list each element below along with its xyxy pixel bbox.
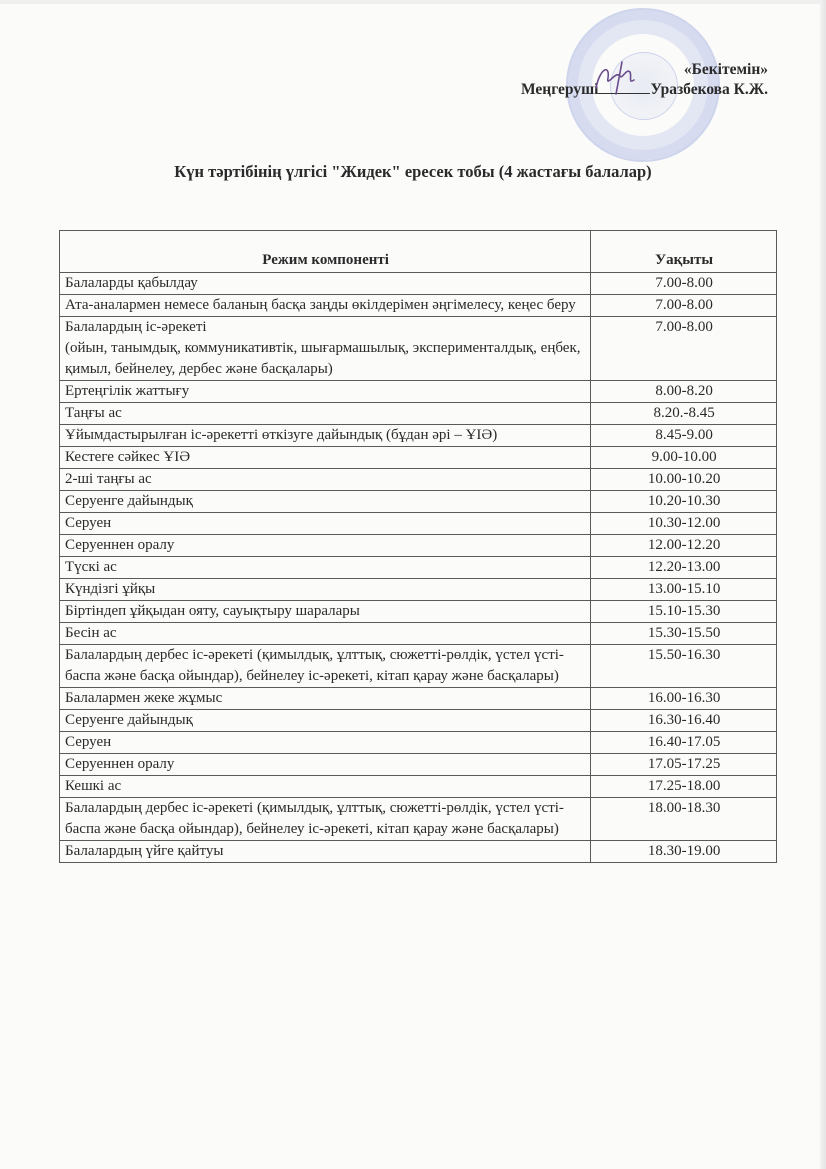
table-row: Таңғы ас8.20.-8.45 [60, 403, 777, 425]
table-row: Балалардың іс-әрекеті(ойын, танымдық, ко… [60, 317, 777, 381]
time-cell: 8.45-9.00 [591, 425, 777, 447]
activity-cell: Таңғы ас [60, 403, 591, 425]
table-row: Балалармен жеке жұмыс16.00-16.30 [60, 688, 777, 710]
activity-cell: 2-ші таңғы ас [60, 469, 591, 491]
activity-cell: Серуенге дайындық [60, 710, 591, 732]
table-header-row: Режим компоненті Уақыты [60, 231, 777, 273]
table-row: Балаларды қабылдау7.00-8.00 [60, 273, 777, 295]
schedule-body: Балаларды қабылдау7.00-8.00Ата-аналармен… [60, 273, 777, 863]
table-row: Серуеннен оралу17.05-17.25 [60, 754, 777, 776]
approver-position: Меңгеруші [521, 81, 599, 98]
table-row: Бесін ас15.30-15.50 [60, 623, 777, 645]
table-row: Күндізгі ұйқы13.00-15.10 [60, 579, 777, 601]
approver-name: Уразбекова К.Ж. [650, 81, 768, 98]
activity-cell: Ұйымдастырылған іс-әрекетті өткізуге дай… [60, 425, 591, 447]
table-row: Серуенге дайындық16.30-16.40 [60, 710, 777, 732]
activity-cell: Серуеннен оралу [60, 535, 591, 557]
table-row: Кешкі ас17.25-18.00 [60, 776, 777, 798]
activity-cell: Ертеңгілік жаттығу [60, 381, 591, 403]
table-row: Балалардың дербес іс-әрекеті (қимылдық, … [60, 645, 777, 688]
time-cell: 13.00-15.10 [591, 579, 777, 601]
time-cell: 16.00-16.30 [591, 688, 777, 710]
activity-cell: Түскі ас [60, 557, 591, 579]
activity-cell: Серуен [60, 513, 591, 535]
table-row: 2-ші таңғы ас10.00-10.20 [60, 469, 777, 491]
schedule-table: Режим компоненті Уақыты Балаларды қабылд… [59, 230, 777, 863]
activity-cell: Кестеге сәйкес ҰІӘ [60, 447, 591, 469]
approver-line: МеңгерушіУразбекова К.Ж. [521, 79, 768, 99]
time-cell: 7.00-8.00 [591, 317, 777, 381]
activity-cell: Балалардың үйге қайтуы [60, 841, 591, 863]
time-cell: 15.30-15.50 [591, 623, 777, 645]
activity-cell: Серуеннен оралу [60, 754, 591, 776]
activity-cell: Балалармен жеке жұмыс [60, 688, 591, 710]
table-row: Ата-аналармен немесе баланың басқа заңды… [60, 295, 777, 317]
scan-border-top [0, 0, 826, 4]
table-row: Серуеннен оралу12.00-12.20 [60, 535, 777, 557]
activity-cell: Серуен [60, 732, 591, 754]
time-cell: 17.25-18.00 [591, 776, 777, 798]
time-cell: 16.40-17.05 [591, 732, 777, 754]
table-row: Ертеңгілік жаттығу8.00-8.20 [60, 381, 777, 403]
table-row: Кестеге сәйкес ҰІӘ9.00-10.00 [60, 447, 777, 469]
activity-cell: Кешкі ас [60, 776, 591, 798]
time-cell: 12.00-12.20 [591, 535, 777, 557]
time-cell: 9.00-10.00 [591, 447, 777, 469]
time-cell: 10.30-12.00 [591, 513, 777, 535]
activity-cell: Ата-аналармен немесе баланың басқа заңды… [60, 295, 591, 317]
time-cell: 15.50-16.30 [591, 645, 777, 688]
activity-cell: Балалардың дербес іс-әрекеті (қимылдық, … [60, 645, 591, 688]
time-cell: 12.20-13.00 [591, 557, 777, 579]
time-cell: 10.20-10.30 [591, 491, 777, 513]
time-cell: 8.00-8.20 [591, 381, 777, 403]
activity-cell: Біртіндеп ұйқыдан ояту, сауықтыру шарала… [60, 601, 591, 623]
time-cell: 16.30-16.40 [591, 710, 777, 732]
table-row: Балалардың дербес іс-әрекеті (қимылдық, … [60, 798, 777, 841]
approval-block: «Бекітемін» МеңгерушіУразбекова К.Ж. [521, 60, 768, 99]
activity-cell: Серуенге дайындық [60, 491, 591, 513]
header-time: Уақыты [591, 231, 777, 273]
table-row: Серуенге дайындық10.20-10.30 [60, 491, 777, 513]
time-cell: 18.30-19.00 [591, 841, 777, 863]
time-cell: 7.00-8.00 [591, 295, 777, 317]
activity-cell: Балалардың іс-әрекеті(ойын, танымдық, ко… [60, 317, 591, 381]
approved-label: «Бекітемін» [521, 60, 768, 79]
document-title: Күн тәртібінің үлгісі "Жидек" ересек тоб… [0, 162, 826, 182]
time-cell: 8.20.-8.45 [591, 403, 777, 425]
activity-cell: Бесін ас [60, 623, 591, 645]
activity-cell: Балалардың дербес іс-әрекеті (қимылдық, … [60, 798, 591, 841]
table-row: Серуен10.30-12.00 [60, 513, 777, 535]
activity-cell: Күндізгі ұйқы [60, 579, 591, 601]
header-component: Режим компоненті [60, 231, 591, 273]
time-cell: 10.00-10.20 [591, 469, 777, 491]
table-row: Түскі ас12.20-13.00 [60, 557, 777, 579]
time-cell: 15.10-15.30 [591, 601, 777, 623]
time-cell: 18.00-18.30 [591, 798, 777, 841]
time-cell: 7.00-8.00 [591, 273, 777, 295]
activity-cell: Балаларды қабылдау [60, 273, 591, 295]
table-row: Балалардың үйге қайтуы18.30-19.00 [60, 841, 777, 863]
signature-line [598, 79, 650, 94]
table-row: Ұйымдастырылған іс-әрекетті өткізуге дай… [60, 425, 777, 447]
table-row: Біртіндеп ұйқыдан ояту, сауықтыру шарала… [60, 601, 777, 623]
table-row: Серуен16.40-17.05 [60, 732, 777, 754]
time-cell: 17.05-17.25 [591, 754, 777, 776]
